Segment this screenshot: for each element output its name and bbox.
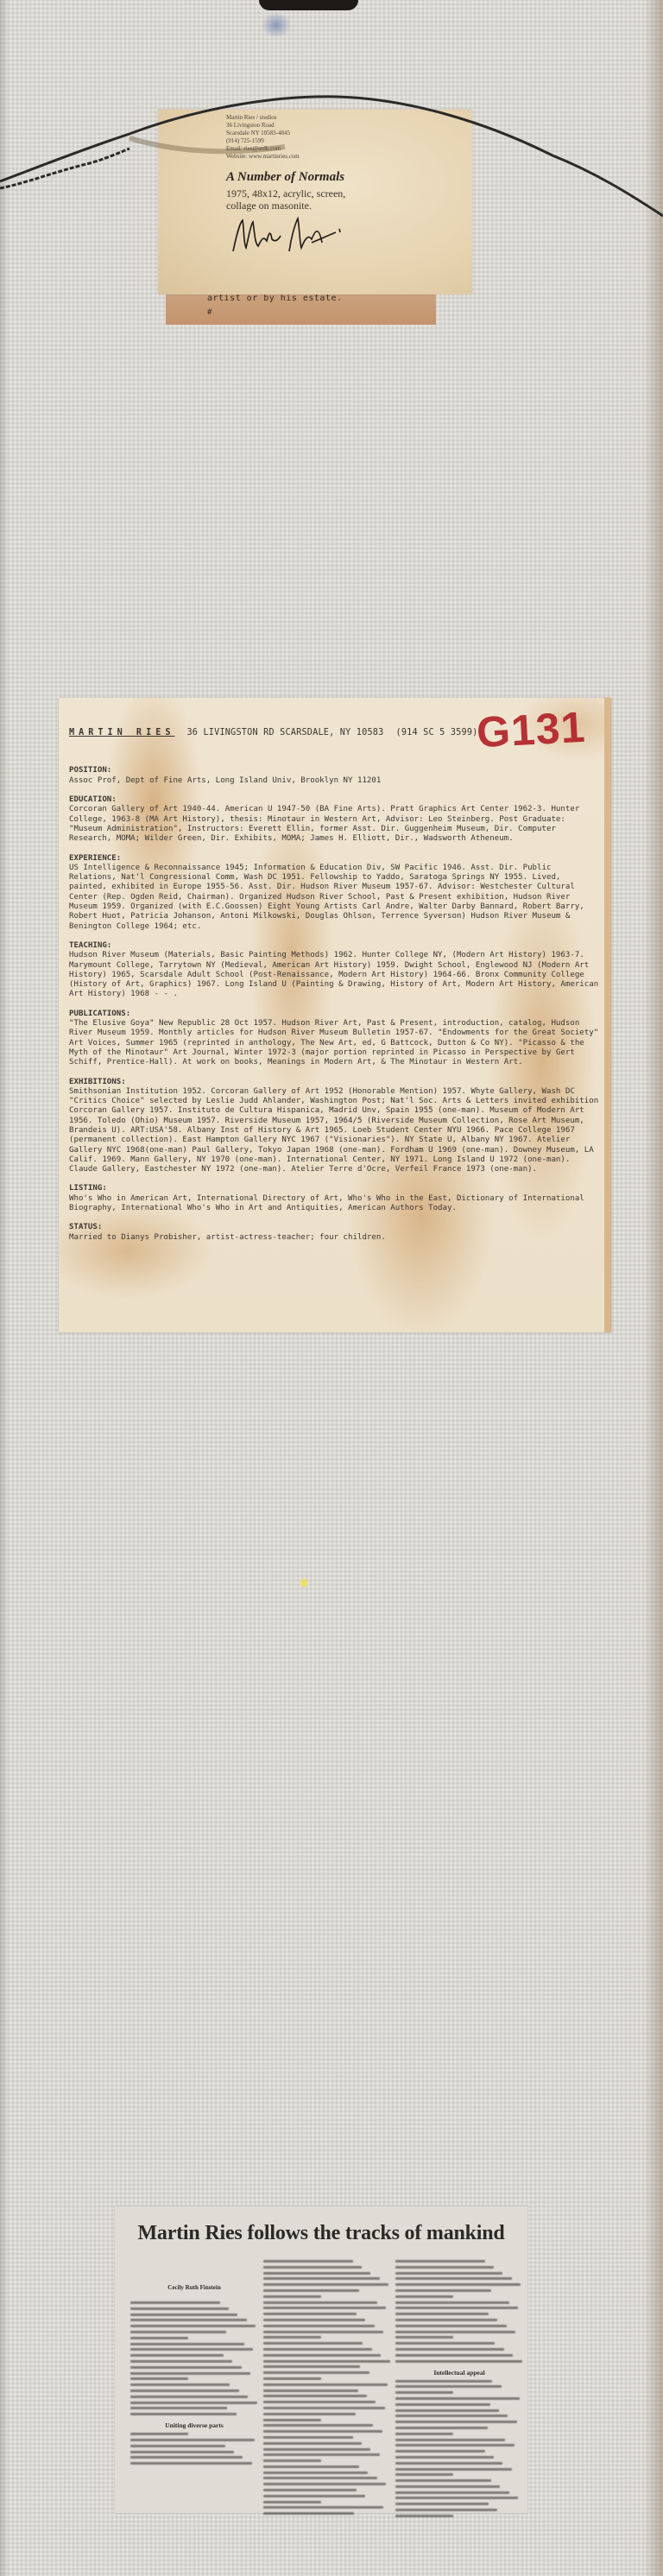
news-text-line xyxy=(130,2313,237,2316)
news-text-line xyxy=(395,2385,502,2388)
news-text-line xyxy=(395,2421,517,2423)
news-text-line xyxy=(263,2307,386,2309)
news-text-line xyxy=(263,2512,354,2515)
news-text-line xyxy=(263,2266,362,2269)
resume-section-body: Smithsonian Institution 1952. Corcoran G… xyxy=(69,1087,600,1175)
news-text-line xyxy=(395,2336,453,2339)
news-text-line xyxy=(130,2360,232,2363)
news-text-line xyxy=(395,2485,500,2488)
resume-section-body: Corcoran Gallery of Art 1940-44. America… xyxy=(69,805,600,844)
news-text-line xyxy=(395,2277,512,2280)
news-text-line xyxy=(130,2439,255,2441)
news-column: Cecily Ruth Finstein Uniting diverse par… xyxy=(130,2260,258,2468)
news-text-line xyxy=(395,2515,453,2517)
resume-section-heading: TEACHING: xyxy=(69,941,600,951)
news-text-line xyxy=(263,2289,359,2292)
resume-section-heading: STATUS: xyxy=(69,1223,600,1232)
news-text-line xyxy=(395,2409,499,2412)
newspaper-clipping: Martin Ries follows the tracks of mankin… xyxy=(115,2206,527,2513)
resume-section-heading: EXPERIENCE: xyxy=(69,854,600,864)
resume-section-heading: EXHIBITIONS: xyxy=(69,1078,600,1087)
resume-name: MARTIN RIES xyxy=(69,728,174,737)
news-text-line xyxy=(263,2436,353,2439)
news-text-line xyxy=(263,2331,383,2333)
news-text-line xyxy=(395,2289,491,2292)
news-text-line xyxy=(130,2301,220,2304)
news-text-line xyxy=(395,2468,512,2471)
resume-section-body: Assoc Prof, Dept of Fine Arts, Long Isla… xyxy=(69,776,600,786)
news-text-line xyxy=(130,2383,230,2386)
news-text-line xyxy=(395,2427,488,2429)
news-text-line xyxy=(263,2389,358,2392)
news-text-line xyxy=(263,2465,359,2468)
news-text-line xyxy=(395,2397,520,2400)
news-text-line xyxy=(395,2331,515,2333)
news-text-line xyxy=(263,2383,388,2386)
news-text-line xyxy=(130,2407,227,2409)
canvas-edge xyxy=(0,0,9,2576)
news-text-line xyxy=(395,2456,494,2459)
news-text-line xyxy=(263,2277,380,2280)
news-text-line xyxy=(395,2439,505,2441)
news-text-line xyxy=(263,2448,370,2451)
news-text-line xyxy=(263,2442,362,2445)
news-text-line xyxy=(263,2301,377,2304)
resume-sections: POSITION:Assoc Prof, Dept of Fine Arts, … xyxy=(69,766,600,1242)
news-text-line xyxy=(395,2479,491,2482)
news-text-line xyxy=(395,2260,485,2263)
resume-section-body: Who's Who in American Art, International… xyxy=(69,1194,600,1214)
news-text-line xyxy=(130,2402,257,2404)
resume-section-body: Married to Dianys Probisher, artist-actr… xyxy=(69,1233,600,1243)
news-subhead: Uniting diverse parts xyxy=(130,2421,258,2429)
paint-fleck xyxy=(300,1579,307,1587)
news-text-line xyxy=(130,2456,243,2459)
news-headline: Martin Ries follows the tracks of mankin… xyxy=(115,2222,527,2245)
news-text-line xyxy=(263,2360,390,2363)
ink-spot xyxy=(261,12,292,38)
news-text-line xyxy=(395,2444,515,2446)
news-text-line xyxy=(395,2491,509,2494)
news-text-line xyxy=(395,2433,453,2435)
news-text-line xyxy=(130,2451,234,2453)
news-text-line xyxy=(263,2377,321,2380)
news-text-line xyxy=(395,2307,518,2309)
label-backing-text: artist or by his estate. xyxy=(207,294,343,303)
news-text-line xyxy=(130,2396,248,2398)
news-text-line xyxy=(263,2477,377,2479)
resume-section-heading: PUBLICATIONS: xyxy=(69,1010,600,1019)
hanging-wire xyxy=(0,86,663,225)
resume-section-heading: POSITION: xyxy=(69,766,600,775)
news-text-line xyxy=(395,2415,508,2417)
news-text-line xyxy=(395,2354,513,2357)
news-text-line xyxy=(263,2342,363,2345)
news-text-line xyxy=(130,2354,224,2357)
news-text-line xyxy=(395,2319,497,2321)
news-text-line xyxy=(263,2407,385,2409)
news-text-line xyxy=(263,2459,321,2462)
resume-section-body: US Intelligence & Reconnaissance 1945; I… xyxy=(69,864,600,932)
news-text-line xyxy=(130,2343,244,2345)
news-text-line xyxy=(263,2395,367,2397)
hanger-clip xyxy=(259,0,358,10)
news-text-line xyxy=(263,2365,360,2368)
resume-section-heading: EDUCATION: xyxy=(69,795,600,805)
news-text-line xyxy=(395,2403,490,2406)
news-text-line xyxy=(263,2506,383,2509)
news-text-line xyxy=(263,2453,380,2456)
news-text-line xyxy=(395,2450,485,2453)
news-text-line xyxy=(263,2401,376,2403)
news-text-line xyxy=(263,2272,370,2275)
news-text-line xyxy=(395,2301,509,2304)
label-backing-mark: # xyxy=(207,308,212,317)
news-text-line xyxy=(130,2319,247,2321)
news-text-line xyxy=(263,2295,321,2298)
news-text-line xyxy=(263,2472,368,2474)
news-text-line xyxy=(263,2489,357,2491)
news-text-line xyxy=(395,2462,502,2465)
resume-section-body: "The Elusive Goya" New Republic 28 Oct 1… xyxy=(69,1019,600,1067)
news-text-line xyxy=(395,2348,504,2351)
resume-body: MARTIN RIES 36 LIVINGSTON RD SCARSDALE, … xyxy=(69,708,600,1263)
news-body-text: Intellectual appeal xyxy=(395,2260,523,2517)
news-text-line xyxy=(395,2266,494,2269)
news-text-line xyxy=(263,2319,365,2321)
news-subhead: Intellectual appeal xyxy=(395,2369,523,2377)
news-text-line xyxy=(130,2377,188,2380)
news-text-line xyxy=(395,2295,453,2298)
news-text-line xyxy=(395,2360,522,2363)
news-column: Intellectual appeal xyxy=(395,2260,523,2521)
news-text-line xyxy=(130,2331,226,2333)
news-text-line xyxy=(395,2325,507,2327)
news-text-line xyxy=(130,2372,250,2375)
news-text-line xyxy=(263,2501,321,2503)
news-text-line xyxy=(395,2391,453,2394)
news-text-line xyxy=(395,2313,489,2315)
resume-phone: (914 SC 5 3599) xyxy=(395,728,477,737)
news-text-line xyxy=(130,2337,188,2339)
news-text-line xyxy=(130,2462,252,2465)
news-column xyxy=(263,2260,391,2518)
news-text-line xyxy=(395,2272,502,2275)
resume-address: 36 LIVINGSTON RD SCARSDALE, NY 10583 xyxy=(186,728,383,737)
resume-sheet: G131 MARTIN RIES 36 LIVINGSTON RD SCARSD… xyxy=(59,698,611,1332)
news-text-line xyxy=(395,2509,497,2511)
news-text-line xyxy=(263,2354,381,2357)
news-text-line xyxy=(263,2424,373,2427)
news-text-line xyxy=(263,2283,388,2286)
news-text-line xyxy=(263,2430,382,2433)
news-text-line xyxy=(263,2336,321,2339)
news-text-line xyxy=(130,2389,239,2392)
news-text-line xyxy=(130,2366,242,2369)
news-text-line xyxy=(130,2413,237,2415)
news-text-line xyxy=(263,2348,372,2351)
news-text-line xyxy=(395,2497,518,2499)
news-text-line xyxy=(263,2413,356,2415)
news-text-line xyxy=(130,2325,256,2327)
news-text-line xyxy=(130,2348,253,2351)
news-text-line xyxy=(263,2419,321,2421)
news-text-line xyxy=(395,2380,492,2383)
news-text-line xyxy=(395,2503,489,2505)
news-text-line xyxy=(263,2495,365,2497)
news-text-line xyxy=(263,2313,357,2315)
news-text-line xyxy=(263,2260,353,2263)
news-text-line xyxy=(395,2342,495,2345)
resume-section-heading: LISTING: xyxy=(69,1184,600,1193)
news-text-line xyxy=(263,2483,386,2485)
news-text-line xyxy=(130,2307,229,2310)
news-body-text xyxy=(263,2260,391,2515)
resume-header: MARTIN RIES 36 LIVINGSTON RD SCARSDALE, … xyxy=(69,728,600,737)
news-body-text: Uniting diverse parts xyxy=(130,2301,258,2465)
resume-section-body: Hudson River Museum (Materials, Basic Pa… xyxy=(69,951,600,999)
label-backing-paper: artist or by his estate. # xyxy=(166,294,436,325)
news-text-line xyxy=(130,2433,188,2435)
frame-edge xyxy=(644,0,663,2576)
news-text-line xyxy=(395,2473,453,2476)
news-byline: Cecily Ruth Finstein xyxy=(130,2284,258,2291)
news-text-line xyxy=(395,2283,521,2286)
news-text-line xyxy=(263,2371,369,2374)
news-text-line xyxy=(130,2445,225,2447)
news-text-line xyxy=(263,2325,375,2327)
